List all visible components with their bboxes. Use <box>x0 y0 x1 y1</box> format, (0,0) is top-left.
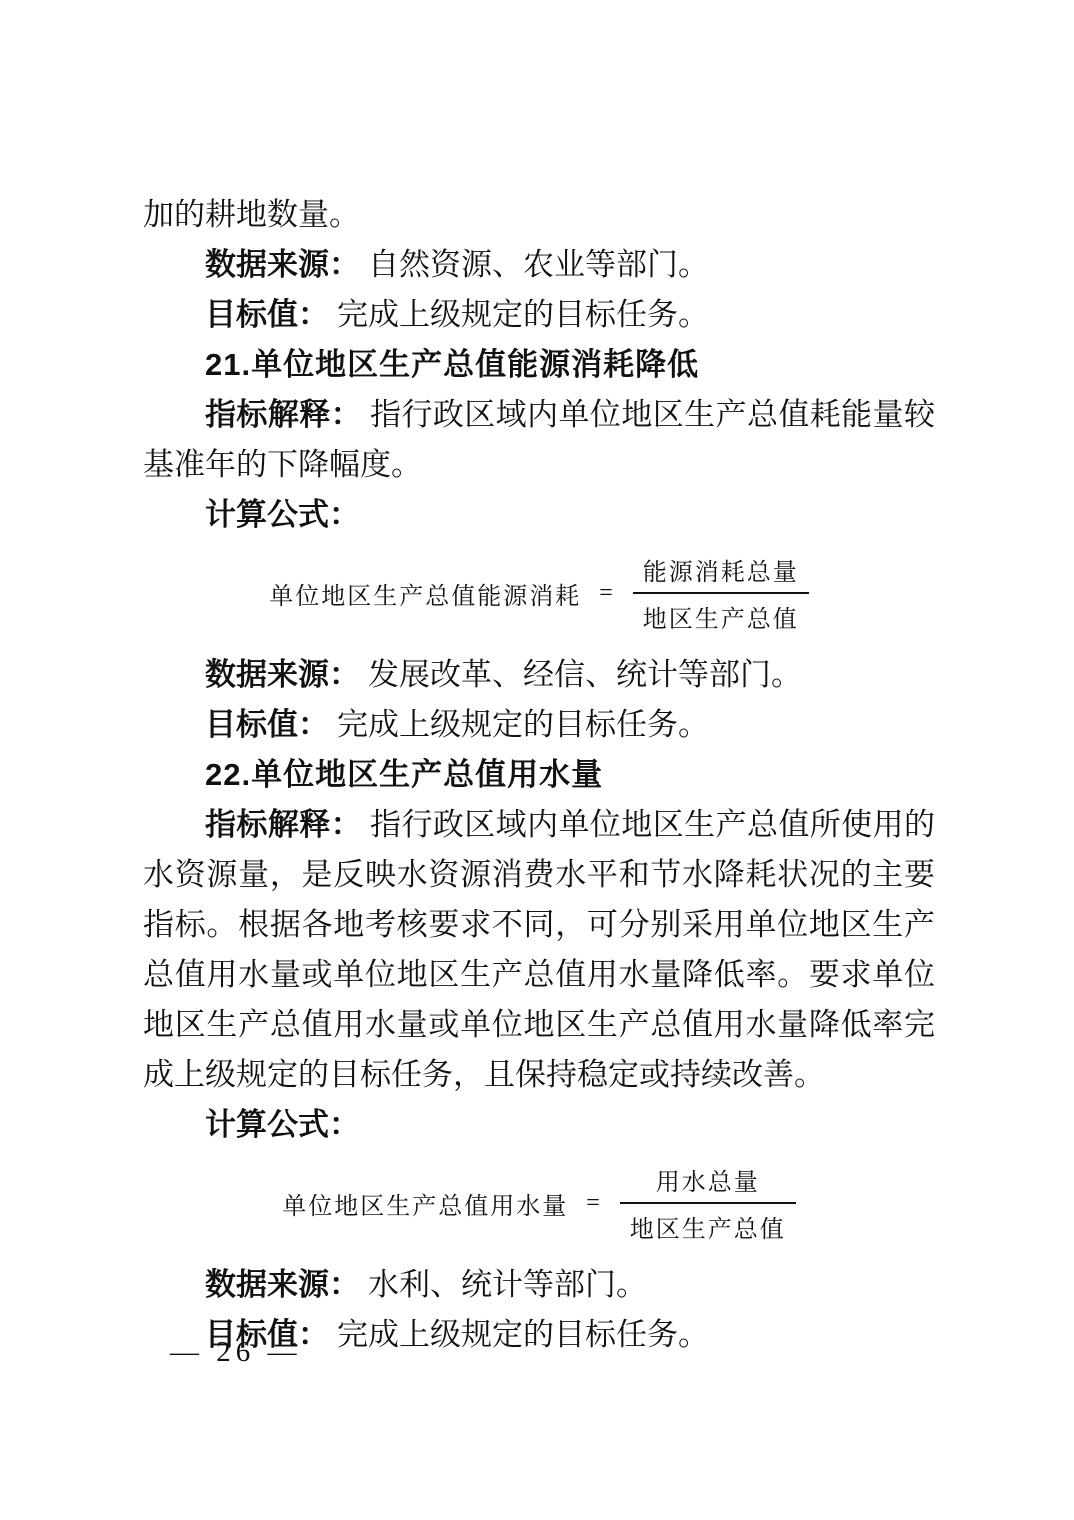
target-value-label: 目标值： <box>205 707 329 742</box>
sec21-indicator-definition: 指标解释：指行政区域内单位地区生产总值耗能量较基准年的下降幅度。 <box>143 390 935 490</box>
target-value-text: 完成上级规定的目标任务。 <box>337 297 709 332</box>
sec20-target-value-row: 目标值：完成上级规定的目标任务。 <box>143 290 935 340</box>
sec20-data-source-row: 数据来源：自然资源、农业等部门。 <box>143 240 935 290</box>
indicator-definition-text: 指行政区域内单位地区生产总值所使用的水资源量，是反映水资源消费水平和节水降耗状况… <box>143 807 935 1092</box>
equals-sign: = <box>599 580 615 607</box>
document-page: 加的耕地数量。 数据来源：自然资源、农业等部门。 目标值：完成上级规定的目标任务… <box>0 0 1074 1520</box>
formula-water-usage: 单位地区生产总值用水量 = 用水总量 地区生产总值 <box>143 1160 935 1246</box>
data-source-label: 数据来源： <box>205 247 360 282</box>
formula-lhs: 单位地区生产总值用水量 <box>282 1186 568 1221</box>
data-source-text: 水利、统计等部门。 <box>368 1267 647 1302</box>
data-source-text: 自然资源、农业等部门。 <box>368 247 709 282</box>
data-source-label: 数据来源： <box>205 657 360 692</box>
section-22-title: 22.单位地区生产总值用水量 <box>143 750 935 800</box>
section-21-title: 21.单位地区生产总值能源消耗降低 <box>143 340 935 390</box>
sec21-data-source-row: 数据来源：发展改革、经信、统计等部门。 <box>143 650 935 700</box>
target-value-text: 完成上级规定的目标任务。 <box>337 707 709 742</box>
formula-label: 计算公式： <box>205 497 360 532</box>
indicator-definition-label: 指标解释： <box>205 397 362 432</box>
sec21-formula-label-row: 计算公式： <box>143 490 935 540</box>
sec22-formula-label-row: 计算公式： <box>143 1100 935 1150</box>
fraction-numerator: 能源消耗总量 <box>633 550 809 594</box>
sec21-target-value-row: 目标值：完成上级规定的目标任务。 <box>143 700 935 750</box>
page-content: 加的耕地数量。 数据来源：自然资源、农业等部门。 目标值：完成上级规定的目标任务… <box>143 190 935 1360</box>
sec22-data-source-row: 数据来源：水利、统计等部门。 <box>143 1260 935 1310</box>
page-number: — 26 — <box>170 1336 302 1369</box>
fraction-denominator: 地区生产总值 <box>620 1204 796 1246</box>
formula-lhs: 单位地区生产总值能源消耗 <box>269 576 581 611</box>
indicator-definition-label: 指标解释： <box>205 807 362 842</box>
data-source-label: 数据来源： <box>205 1267 360 1302</box>
target-value-text: 完成上级规定的目标任务。 <box>337 1317 709 1352</box>
fraction: 用水总量 地区生产总值 <box>620 1160 796 1246</box>
formula-energy-consumption: 单位地区生产总值能源消耗 = 能源消耗总量 地区生产总值 <box>143 550 935 636</box>
data-source-text: 发展改革、经信、统计等部门。 <box>368 657 802 692</box>
fraction-numerator: 用水总量 <box>620 1160 796 1204</box>
formula-label: 计算公式： <box>205 1107 360 1142</box>
paragraph-continuation: 加的耕地数量。 <box>143 190 935 240</box>
sec22-indicator-definition: 指标解释：指行政区域内单位地区生产总值所使用的水资源量，是反映水资源消费水平和节… <box>143 800 935 1100</box>
target-value-label: 目标值： <box>205 297 329 332</box>
fraction: 能源消耗总量 地区生产总值 <box>633 550 809 636</box>
fraction-denominator: 地区生产总值 <box>633 594 809 636</box>
equals-sign: = <box>586 1190 602 1217</box>
